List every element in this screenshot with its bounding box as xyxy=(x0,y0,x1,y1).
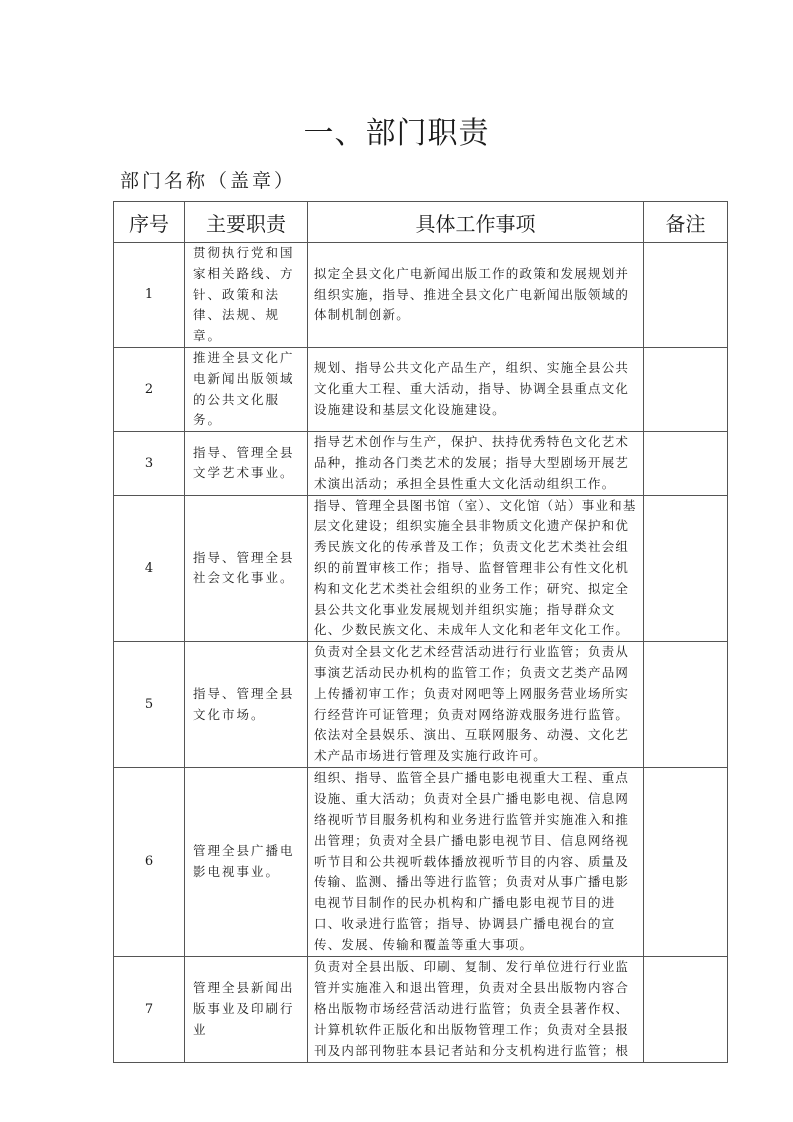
table-row: 4 指导、管理全县社会文化事业。 指导、管理全县图书馆（室）、文化馆（站）事业和… xyxy=(114,495,728,642)
row-note xyxy=(644,432,728,495)
row-note xyxy=(644,642,728,768)
table-row: 5 指导、管理全县文化市场。 负责对全县文化艺术经营活动进行行业监管；负责从事演… xyxy=(114,642,728,768)
row-seq: 4 xyxy=(114,495,185,642)
row-note xyxy=(644,956,728,1062)
row-note xyxy=(644,495,728,642)
row-duty: 贯彻执行党和国家相关路线、方针、政策和法律、法规、规章。 xyxy=(185,243,308,348)
row-seq: 3 xyxy=(114,432,185,495)
department-name-label: 部门名称（盖章） xyxy=(120,166,296,193)
row-duty: 指导、管理全县文化市场。 xyxy=(185,642,308,768)
row-detail: 指导艺术创作与生产，保护、扶持优秀特色文化艺术品种，推动各门类艺术的发展；指导大… xyxy=(308,432,644,495)
table-row: 2 推进全县文化广电新闻出版领域的公共文化服务。 规划、指导公共文化产品生产，组… xyxy=(114,347,728,431)
row-duty: 推进全县文化广电新闻出版领域的公共文化服务。 xyxy=(185,347,308,431)
header-detail: 具体工作事项 xyxy=(308,202,644,243)
row-detail: 指导、管理全县图书馆（室）、文化馆（站）事业和基层文化建设；组织实施全县非物质文… xyxy=(308,495,644,642)
row-seq: 5 xyxy=(114,642,185,768)
table-row: 1 贯彻执行党和国家相关路线、方针、政策和法律、法规、规章。 拟定全县文化广电新… xyxy=(114,243,728,348)
header-note: 备注 xyxy=(644,202,728,243)
row-seq: 7 xyxy=(114,956,185,1062)
row-detail: 负责对全县出版、印刷、复制、发行单位进行行业监管并实施准入和退出管理，负责对全县… xyxy=(308,956,644,1062)
table-header-row: 序号 主要职责 具体工作事项 备注 xyxy=(114,202,728,243)
row-seq: 6 xyxy=(114,767,185,956)
row-duty: 管理全县新闻出版事业及印刷行业 xyxy=(185,956,308,1062)
header-seq: 序号 xyxy=(114,202,185,243)
row-detail: 拟定全县文化广电新闻出版工作的政策和发展规划并组织实施，指导、推进全县文化广电新… xyxy=(308,243,644,348)
row-duty: 指导、管理全县文学艺术事业。 xyxy=(185,432,308,495)
row-duty: 管理全县广播电影电视事业。 xyxy=(185,767,308,956)
duties-table: 序号 主要职责 具体工作事项 备注 1 贯彻执行党和国家相关路线、方针、政策和法… xyxy=(113,201,728,1063)
table-row: 6 管理全县广播电影电视事业。 组织、指导、监管全县广播电影电视重大工程、重点设… xyxy=(114,767,728,956)
table-row: 3 指导、管理全县文学艺术事业。 指导艺术创作与生产，保护、扶持优秀特色文化艺术… xyxy=(114,432,728,495)
header-duty: 主要职责 xyxy=(185,202,308,243)
row-seq: 1 xyxy=(114,243,185,348)
row-detail: 负责对全县文化艺术经营活动进行行业监管；负责从事演艺活动民办机构的监管工作；负责… xyxy=(308,642,644,768)
row-note xyxy=(644,243,728,348)
row-note xyxy=(644,347,728,431)
page-title: 一、部门职责 xyxy=(0,108,793,152)
row-detail: 规划、指导公共文化产品生产，组织、实施全县公共文化重大工程、重大活动，指导、协调… xyxy=(308,347,644,431)
table-row: 7 管理全县新闻出版事业及印刷行业 负责对全县出版、印刷、复制、发行单位进行行业… xyxy=(114,956,728,1062)
row-seq: 2 xyxy=(114,347,185,431)
row-detail: 组织、指导、监管全县广播电影电视重大工程、重点设施、重大活动；负责对全县广播电影… xyxy=(308,767,644,956)
row-note xyxy=(644,767,728,956)
row-duty: 指导、管理全县社会文化事业。 xyxy=(185,495,308,642)
